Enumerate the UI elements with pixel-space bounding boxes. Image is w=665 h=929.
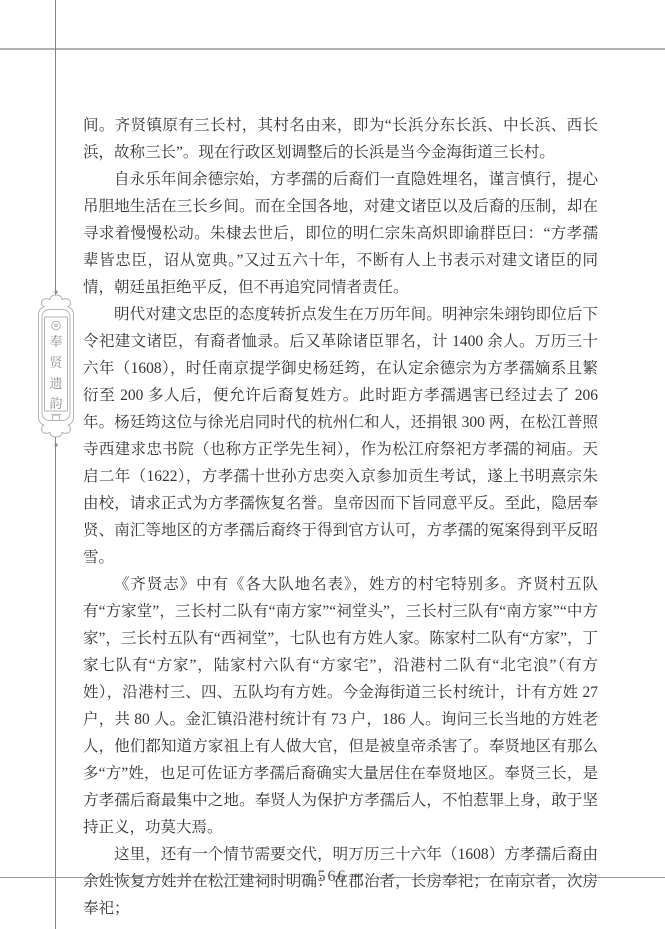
paragraph-1: 间。齐贤镇原有三长村，其村名由来，即为“长浜分东长浜、中长浜、西长浜，故称三长”… — [83, 112, 598, 166]
sidebar-title-char-1: 奉 — [49, 334, 62, 349]
paragraph-3: 明代对建文忠臣的态度转折点发生在万历年间。明神宗朱翊钧即位后下令祀建文诸臣，有裔… — [83, 301, 598, 571]
cartouche-icon: 奉 贤 遗 韵 — [33, 287, 79, 453]
sidebar-title-char-3: 遗 — [49, 376, 62, 391]
sidebar-ornament: 奉 贤 遗 韵 — [33, 287, 79, 453]
left-margin-rule — [55, 0, 56, 929]
book-page: 奉 贤 遗 韵 间。齐贤镇原有三长村，其村名由来，即为“长浜分东长浜、中长浜、西… — [0, 0, 665, 929]
page-text-block: 间。齐贤镇原有三长村，其村名由来，即为“长浜分东长浜、中长浜、西长浜，故称三长”… — [83, 112, 598, 922]
sidebar-title-char-2: 贤 — [49, 355, 63, 370]
bottom-finial-dot — [54, 443, 57, 446]
page-number: ~ 566 ~ — [287, 868, 378, 886]
page-footer: ~ 566 ~ — [0, 864, 665, 890]
top-margin-rule — [0, 48, 665, 50]
sidebar-title-char-4: 韵 — [49, 396, 62, 411]
paragraph-4: 《齐贤志》中有《各大队地名表》，姓方的村宅特别多。齐贤村五队有“方家堂”，三长村… — [83, 571, 598, 841]
paragraph-2: 自永乐年间余德宗始，方孝孺的后裔们一直隐姓埋名，谨言慎行，提心吊胆地生活在三长乡… — [83, 166, 598, 301]
top-finial-dot — [54, 290, 57, 293]
footer-rule-right — [378, 877, 665, 878]
footer-rule-left — [0, 877, 287, 878]
